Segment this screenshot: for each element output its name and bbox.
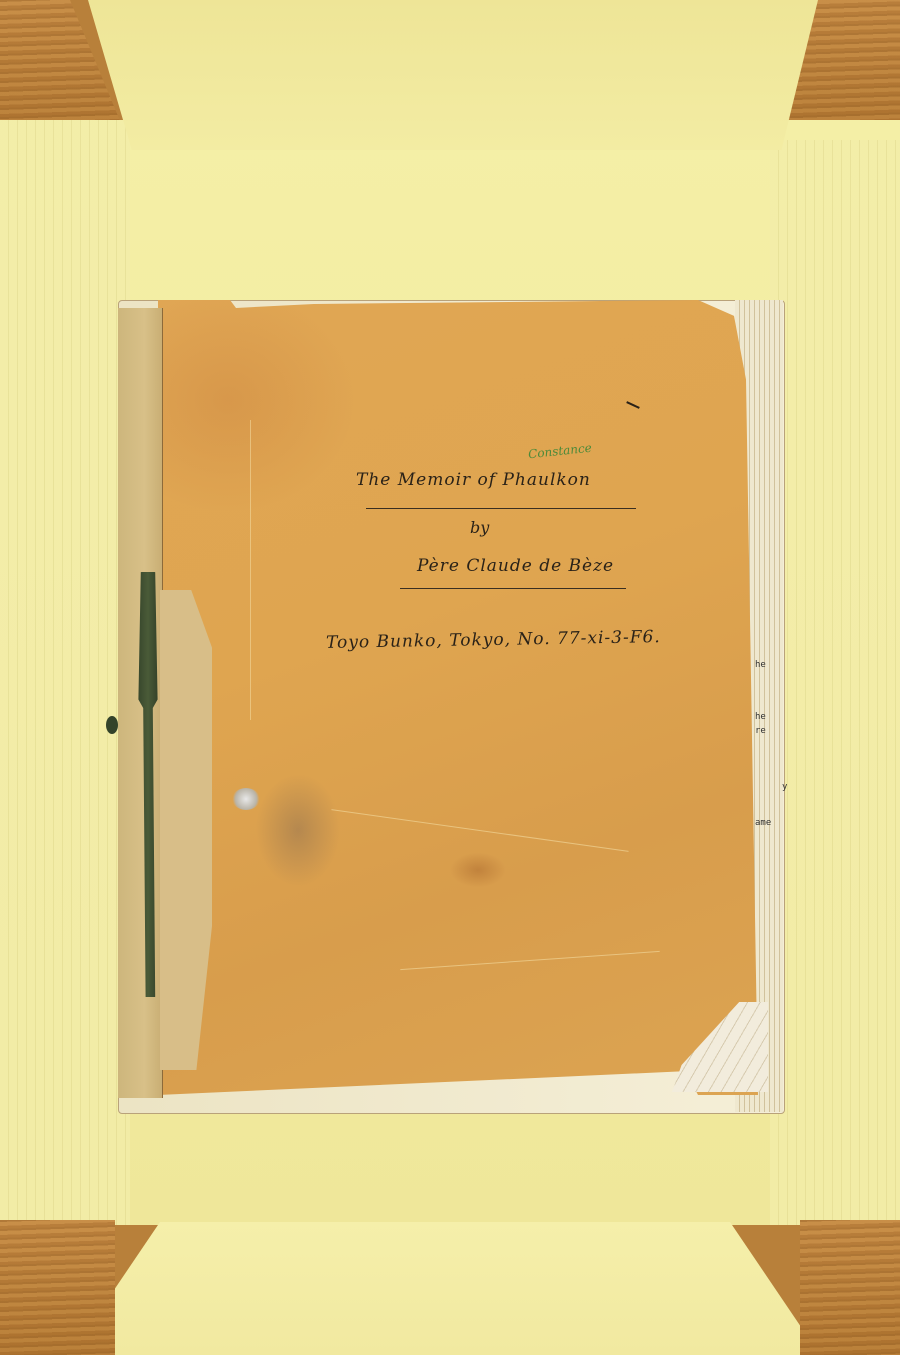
page-edge-text: he — [755, 712, 766, 722]
handwritten-author: Père Claude de Bèze — [417, 556, 614, 576]
handwritten-by: by — [470, 518, 489, 537]
author-underline — [400, 588, 626, 589]
folder-flap-bottom — [70, 1222, 820, 1355]
wooden-table-bottom-left — [0, 1220, 115, 1355]
light-glare — [232, 788, 260, 810]
cover-crease — [250, 420, 251, 720]
page-edge-text: ame — [755, 818, 771, 828]
ribbon-end — [106, 716, 118, 734]
manuscript-cover — [158, 300, 758, 1095]
page-edge-text: re — [755, 726, 766, 736]
page-edge-text: y — [782, 782, 787, 792]
handwritten-title: The Memoir of Phaulkon — [356, 470, 591, 490]
folder-pleat-right — [770, 140, 900, 1225]
folder-pleat-left — [0, 120, 130, 1225]
spine-repair-patch — [160, 590, 212, 1070]
wooden-table-bottom-right — [800, 1220, 900, 1355]
folder-flap-top — [88, 0, 818, 150]
page-edge-text: he — [755, 660, 766, 670]
title-underline — [366, 508, 636, 509]
